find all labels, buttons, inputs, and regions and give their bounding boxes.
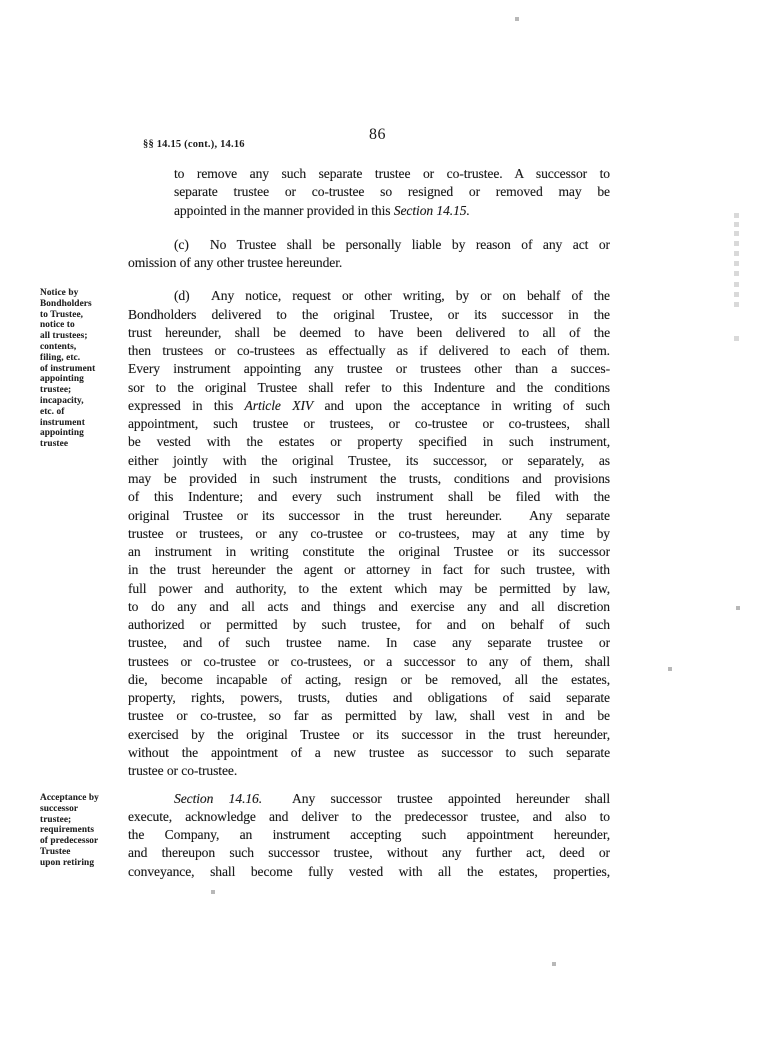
text-line: trustee or trustees, or any co-trustee o… [128, 525, 610, 543]
bleed-through-mark [734, 251, 739, 256]
text-line: (d) Any notice, request or other writing… [128, 287, 610, 305]
text-line: Section 14.16. Any successor trustee app… [128, 790, 610, 808]
text-line: of this Indenture; and every such instru… [128, 488, 610, 506]
text-line: conveyance, shall become fully vested wi… [128, 863, 610, 881]
text-line: Bondholders delivered to the original Tr… [128, 306, 610, 324]
text-line: trustees or co-trustee or co-trustees, o… [128, 653, 610, 671]
text-line: authorized or permitted by such trustee,… [128, 616, 610, 634]
text-line: Every instrument appointing any trustee … [128, 360, 610, 378]
text-line: to remove any such separate trustee or c… [174, 165, 610, 183]
text-line: trust hereunder, shall be deemed to have… [128, 324, 610, 342]
scan-speck [552, 962, 556, 966]
margin-note-notice-by-bondholders: Notice by Bondholders to Trustee, notice… [40, 288, 140, 450]
bleed-through-mark [734, 222, 739, 227]
bleed-through-mark [734, 282, 739, 287]
text-line: either jointly with the original Trustee… [128, 452, 610, 470]
text-line: property, rights, powers, trusts, duties… [128, 689, 610, 707]
text-line: separate trustee or co-trustee so resign… [174, 183, 610, 201]
text-line: and thereupon such successor trustee, wi… [128, 844, 610, 862]
text-line: appointment, such trustee or trustees, o… [128, 415, 610, 433]
text-line: be vested with the estates or property s… [128, 433, 610, 451]
scan-speck [736, 606, 740, 610]
bleed-through-mark [734, 302, 739, 307]
page-number: 86 [0, 126, 755, 144]
text-line: trustee or co-trustee. [128, 762, 610, 780]
text-line: trustee, and of such trustee name. In ca… [128, 634, 610, 652]
scan-speck [515, 17, 519, 21]
text-line: execute, acknowledge and deliver to the … [128, 808, 610, 826]
scan-speck [211, 890, 215, 894]
text-line: original Trustee or its successor in the… [128, 507, 610, 525]
text-line: (c) No Trustee shall be personally liabl… [128, 236, 610, 254]
bleed-through-mark [734, 231, 739, 236]
text-line: in the trust hereunder the agent or atto… [128, 561, 610, 579]
paragraph: to remove any such separate trustee or c… [128, 165, 610, 220]
text-line: full power and authority, to the extent … [128, 580, 610, 598]
bleed-through-mark [734, 271, 739, 276]
margin-note-acceptance-by-successor: Acceptance by successor trustee; require… [40, 793, 140, 869]
text-line: appointed in the manner provided in this… [174, 202, 610, 220]
text-line: the Company, an instrument accepting suc… [128, 826, 610, 844]
bleed-through-mark [734, 292, 739, 297]
text-line: die, become incapable of acting, resign … [128, 671, 610, 689]
bleed-through-mark [734, 261, 739, 266]
paragraph: (d) Any notice, request or other writing… [128, 287, 610, 780]
text-line: then trustees or co-trustees as effectua… [128, 342, 610, 360]
body-column: to remove any such separate trustee or c… [128, 165, 610, 881]
paragraph: Section 14.16. Any successor trustee app… [128, 790, 610, 881]
document-page: 86 §§ 14.15 (cont.), 14.16 Notice by Bon… [0, 0, 763, 1038]
text-line: exercised by the original Trustee or its… [128, 726, 610, 744]
section-header: §§ 14.15 (cont.), 14.16 [143, 139, 245, 150]
text-line: to do any and all acts and things and ex… [128, 598, 610, 616]
text-line: expressed in this Article XIV and upon t… [128, 397, 610, 415]
bleed-through-mark [734, 241, 739, 246]
text-line: trustee or co-trustee, so far as permitt… [128, 707, 610, 725]
paragraph: (c) No Trustee shall be personally liabl… [128, 236, 610, 273]
text-line: sor to the original Trustee shall refer … [128, 379, 610, 397]
bleed-through-mark [734, 213, 739, 218]
text-line: omission of any other trustee hereunder. [128, 254, 610, 272]
text-line: an instrument in writing constitute the … [128, 543, 610, 561]
text-line: without the appointment of a new trustee… [128, 744, 610, 762]
text-line: may be provided in such instrument the t… [128, 470, 610, 488]
bleed-through-mark [734, 336, 739, 341]
scan-speck [668, 667, 672, 671]
